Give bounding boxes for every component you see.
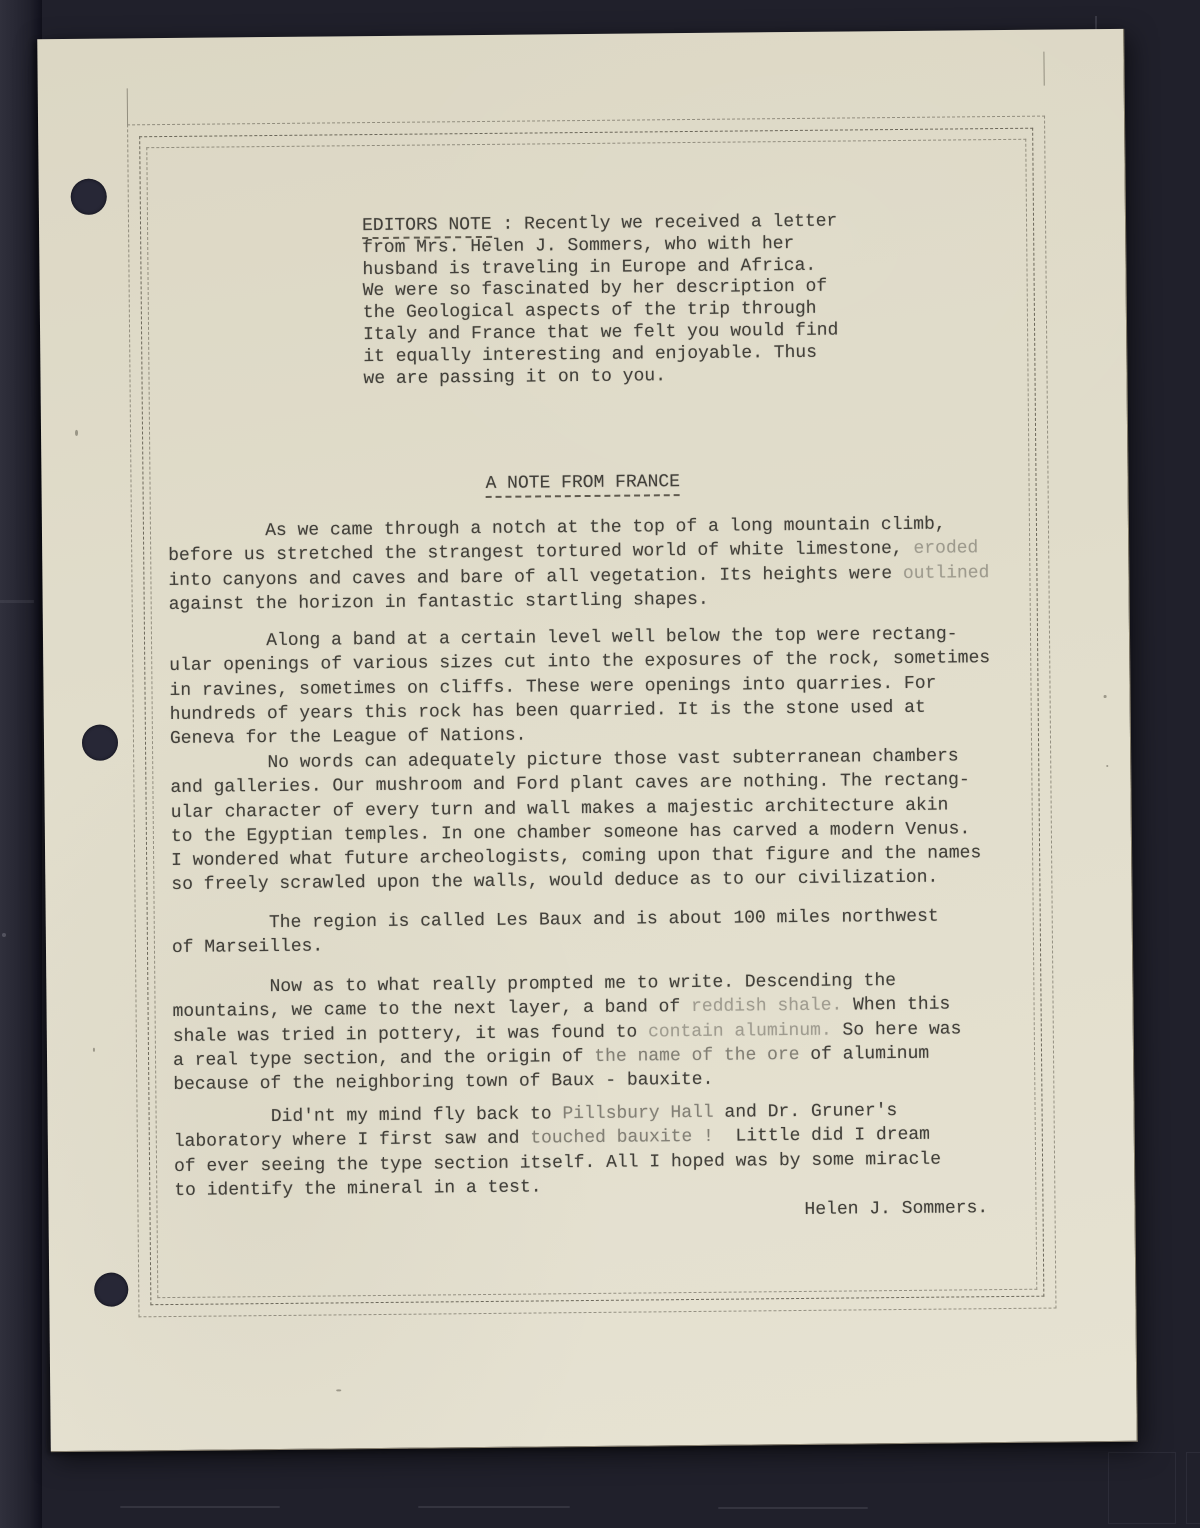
faded-text: reddish shale. [691,996,842,1017]
mat-smudge [418,1506,570,1508]
mat-embossed-rect [1108,1452,1176,1524]
dust-speck [75,430,78,436]
spine-scratch [0,600,34,603]
dust-speck [1106,765,1108,767]
border-overrun-mark [127,88,128,124]
document-page: EDITORS NOTE : Recently we received a le… [37,29,1138,1452]
punch-hole-bottom [94,1272,128,1306]
punch-hole-top [71,179,107,215]
paragraph-2: Along a band at a certain level well bel… [169,622,1042,752]
editors-note-first-line: : Recently we received a letter [492,212,838,235]
paragraph-1: As we came through a notch at the top of… [168,512,1041,618]
editors-note-label: EDITORS NOTE [362,215,492,239]
editors-note: EDITORS NOTE : Recently we received a le… [362,212,839,391]
faded-text: eroded [913,539,978,560]
mat-smudge [718,1507,868,1509]
page-title: A NOTE FROM FRANCE [485,471,680,498]
faded-text: the name of the ore [594,1045,799,1067]
faded-text: touched bauxite ! [530,1127,714,1149]
dust-speck [93,1048,95,1052]
mat-smudge [120,1506,280,1508]
faded-text: Pillsbury Hall [562,1103,713,1124]
signature: Helen J. Sommers. [804,1196,988,1222]
punch-hole-middle [82,725,118,761]
mat-embossed-rect [1186,1452,1200,1524]
paragraph-4: The region is called Les Baux and is abo… [172,904,1044,961]
paragraph-6: Did'nt my mind fly back to Pillsbury Hal… [173,1098,1046,1204]
paragraph-3: No words can adequately picture those va… [170,744,1043,898]
dust-speck [1104,695,1107,698]
text-line: we are passing it on to you. [363,364,838,390]
text-line: it equally interesting and enjoyable. Th… [363,342,838,368]
border-overrun-mark [1043,52,1044,86]
faded-text: outlined [903,563,990,584]
binder-spine [0,0,42,1528]
editors-note-body: from Mrs. Helen J. Sommers, who with her… [362,233,839,390]
archive-scan-background: { "colors": { "background": "#20202b", "… [0,0,1200,1528]
faded-text: contain aluminum. [648,1020,832,1042]
spine-speck [2,933,6,937]
paragraph-5: Now as to what really prompted me to wri… [172,968,1045,1098]
dust-speck [336,1389,341,1391]
